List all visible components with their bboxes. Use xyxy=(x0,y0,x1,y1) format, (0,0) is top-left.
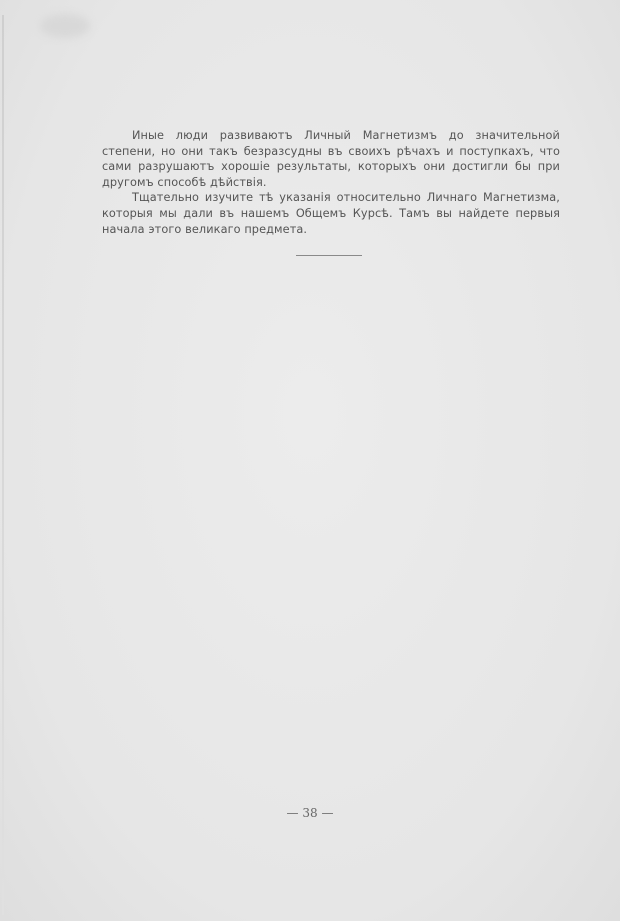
scan-smudge xyxy=(40,14,90,38)
paragraph-1: Иные люди развиваютъ Личный Магнетизмъ д… xyxy=(102,128,560,190)
page-edge xyxy=(2,15,4,915)
body-text: Иные люди развиваютъ Личный Магнетизмъ д… xyxy=(102,128,560,237)
scanned-page: Иные люди развиваютъ Личный Магнетизмъ д… xyxy=(0,0,620,921)
page-number: — 38 — xyxy=(0,806,620,820)
section-divider xyxy=(296,255,362,256)
paragraph-2: Тщательно изучите тѣ указанія относитель… xyxy=(102,190,560,237)
